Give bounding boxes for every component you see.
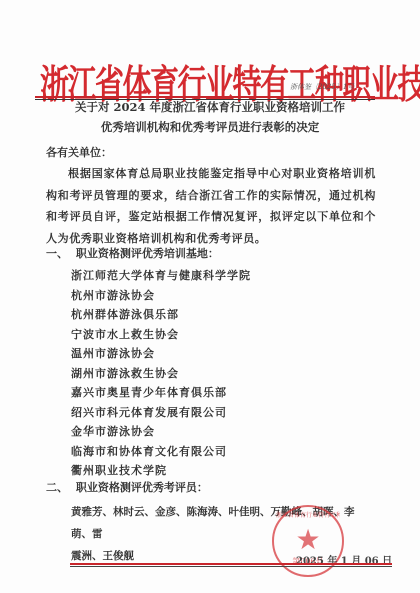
salutation: 各有关单位： bbox=[46, 144, 112, 160]
body-paragraph: 根据国家体育总局职业技能鉴定指导中心对职业资格培训机构和考评员管理的要求，结合浙… bbox=[46, 163, 376, 249]
section-title: 职业资格测评优秀培训基地： bbox=[76, 247, 219, 260]
list-item: 杭州群体游泳俱乐部 bbox=[71, 305, 251, 325]
document-page: 浙江省体育行业特有工种职业技能鉴定站 浙体鉴〔2025〕1号 关于对 2024 … bbox=[0, 0, 420, 593]
section-heading-training-bases: 一、 职业资格测评优秀培训基地： bbox=[46, 245, 219, 261]
list-item: 临海市和协体育文化有限公司 bbox=[71, 442, 251, 462]
list-item: 绍兴市科元体育发展有限公司 bbox=[71, 403, 251, 423]
header-red-rule bbox=[35, 96, 375, 98]
seal-text: 浙江省体育行业特有工种职业技能鉴定站 bbox=[276, 510, 340, 519]
subject-line-1: 关于对 2024 年度浙江省体育行业职业资格培训工作 bbox=[0, 99, 420, 115]
list-item: 金华市游泳协会 bbox=[71, 422, 251, 442]
section-heading-examiners: 二、 职业资格测评优秀考评员： bbox=[46, 479, 208, 495]
list-item: 温州市游泳协会 bbox=[71, 344, 251, 364]
document-number: 浙体鉴〔2025〕1号 bbox=[290, 82, 354, 92]
training-base-list: 浙江师范大学体育与健康科学学院 杭州市游泳协会 杭州群体游泳俱乐部 宁波市水上救… bbox=[71, 266, 251, 481]
section-number: 二、 bbox=[46, 479, 72, 495]
list-item: 湖州市游泳救生协会 bbox=[71, 364, 251, 384]
list-item: 浙江师范大学体育与健康科学学院 bbox=[71, 266, 251, 286]
subject-line-2: 优秀培训机构和优秀考评员进行表彰的决定 bbox=[0, 119, 420, 135]
section-number: 一、 bbox=[46, 245, 72, 261]
list-item: 嘉兴市奥星青少年体育俱乐部 bbox=[71, 383, 251, 403]
footer-dark-rule bbox=[70, 566, 392, 567]
footer-red-rule bbox=[70, 563, 392, 565]
list-item: 杭州市游泳协会 bbox=[71, 286, 251, 306]
section-title: 职业资格测评优秀考评员： bbox=[76, 481, 208, 494]
list-item: 衢州职业技术学院 bbox=[71, 461, 251, 481]
list-item: 宁波市水上救生协会 bbox=[71, 325, 251, 345]
